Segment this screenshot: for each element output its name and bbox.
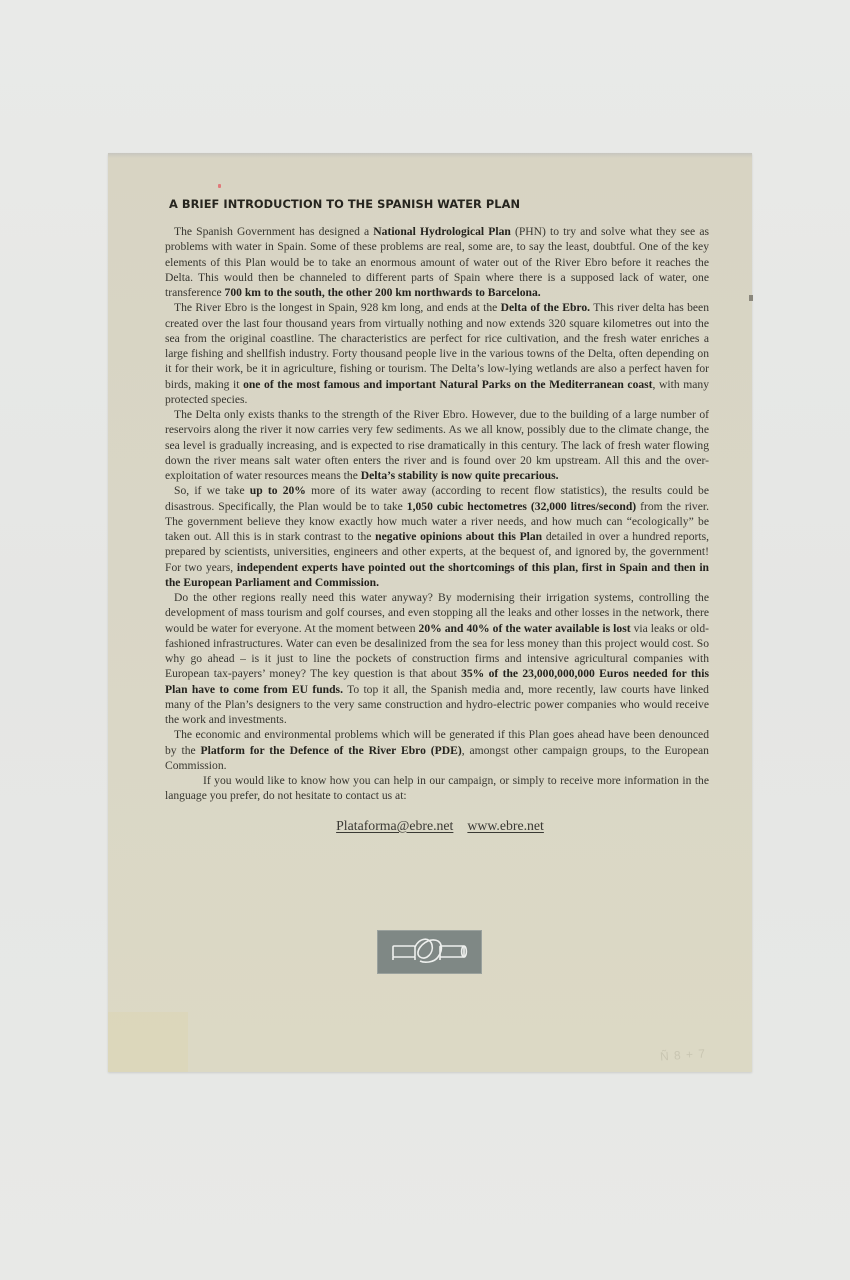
bold-text: independent experts have pointed out the… — [165, 561, 709, 589]
bold-text: Delta’s stability is now quite precariou… — [361, 469, 559, 482]
body-text: If you would like to know how you can he… — [165, 774, 709, 802]
bold-text: Delta of the Ebro. — [501, 301, 590, 314]
paragraph: Do the other regions really need this wa… — [165, 590, 709, 727]
bold-text: Platform for the Defence of the River Eb… — [201, 744, 462, 757]
contact-links: Plataforma@ebre.netwww.ebre.net — [165, 818, 709, 834]
paper-edge-mark — [749, 295, 753, 301]
bold-text: 700 km to the south, the other 200 km no… — [225, 286, 541, 299]
body-text: The Spanish Government has designed a — [174, 225, 373, 238]
bold-text: 20% and 40% of the water available is lo… — [419, 622, 631, 635]
paragraph: The economic and environmental problems … — [165, 727, 709, 773]
body-text: The River Ebro is the longest in Spain, … — [174, 301, 501, 314]
bold-text: up to 20% — [250, 484, 306, 497]
bold-text: National Hydrological Plan — [373, 225, 511, 238]
ink-speck — [218, 184, 221, 188]
document-content: A BRIEF INTRODUCTION TO THE SPANISH WATE… — [165, 197, 709, 834]
paragraph: The River Ebro is the longest in Spain, … — [165, 300, 709, 407]
paragraph: The Spanish Government has designed a Na… — [165, 224, 709, 300]
website-link[interactable]: www.ebre.net — [467, 818, 544, 833]
pde-logo — [377, 930, 482, 974]
paragraph: The Delta only exists thanks to the stre… — [165, 407, 709, 483]
bold-text: 1,050 cubic hectometres (32,000 litres/s… — [407, 500, 636, 513]
paragraph: So, if we take up to 20% more of its wat… — [165, 483, 709, 590]
email-link[interactable]: Plataforma@ebre.net — [336, 818, 453, 833]
document-title: A BRIEF INTRODUCTION TO THE SPANISH WATE… — [169, 197, 709, 211]
bold-text: one of the most famous and important Nat… — [243, 378, 652, 391]
paragraph: If you would like to know how you can he… — [165, 773, 709, 804]
knotted-pipe-icon — [390, 935, 470, 969]
body-text: So, if we take — [174, 484, 250, 497]
bold-text: negative opinions about this Plan — [375, 530, 542, 543]
